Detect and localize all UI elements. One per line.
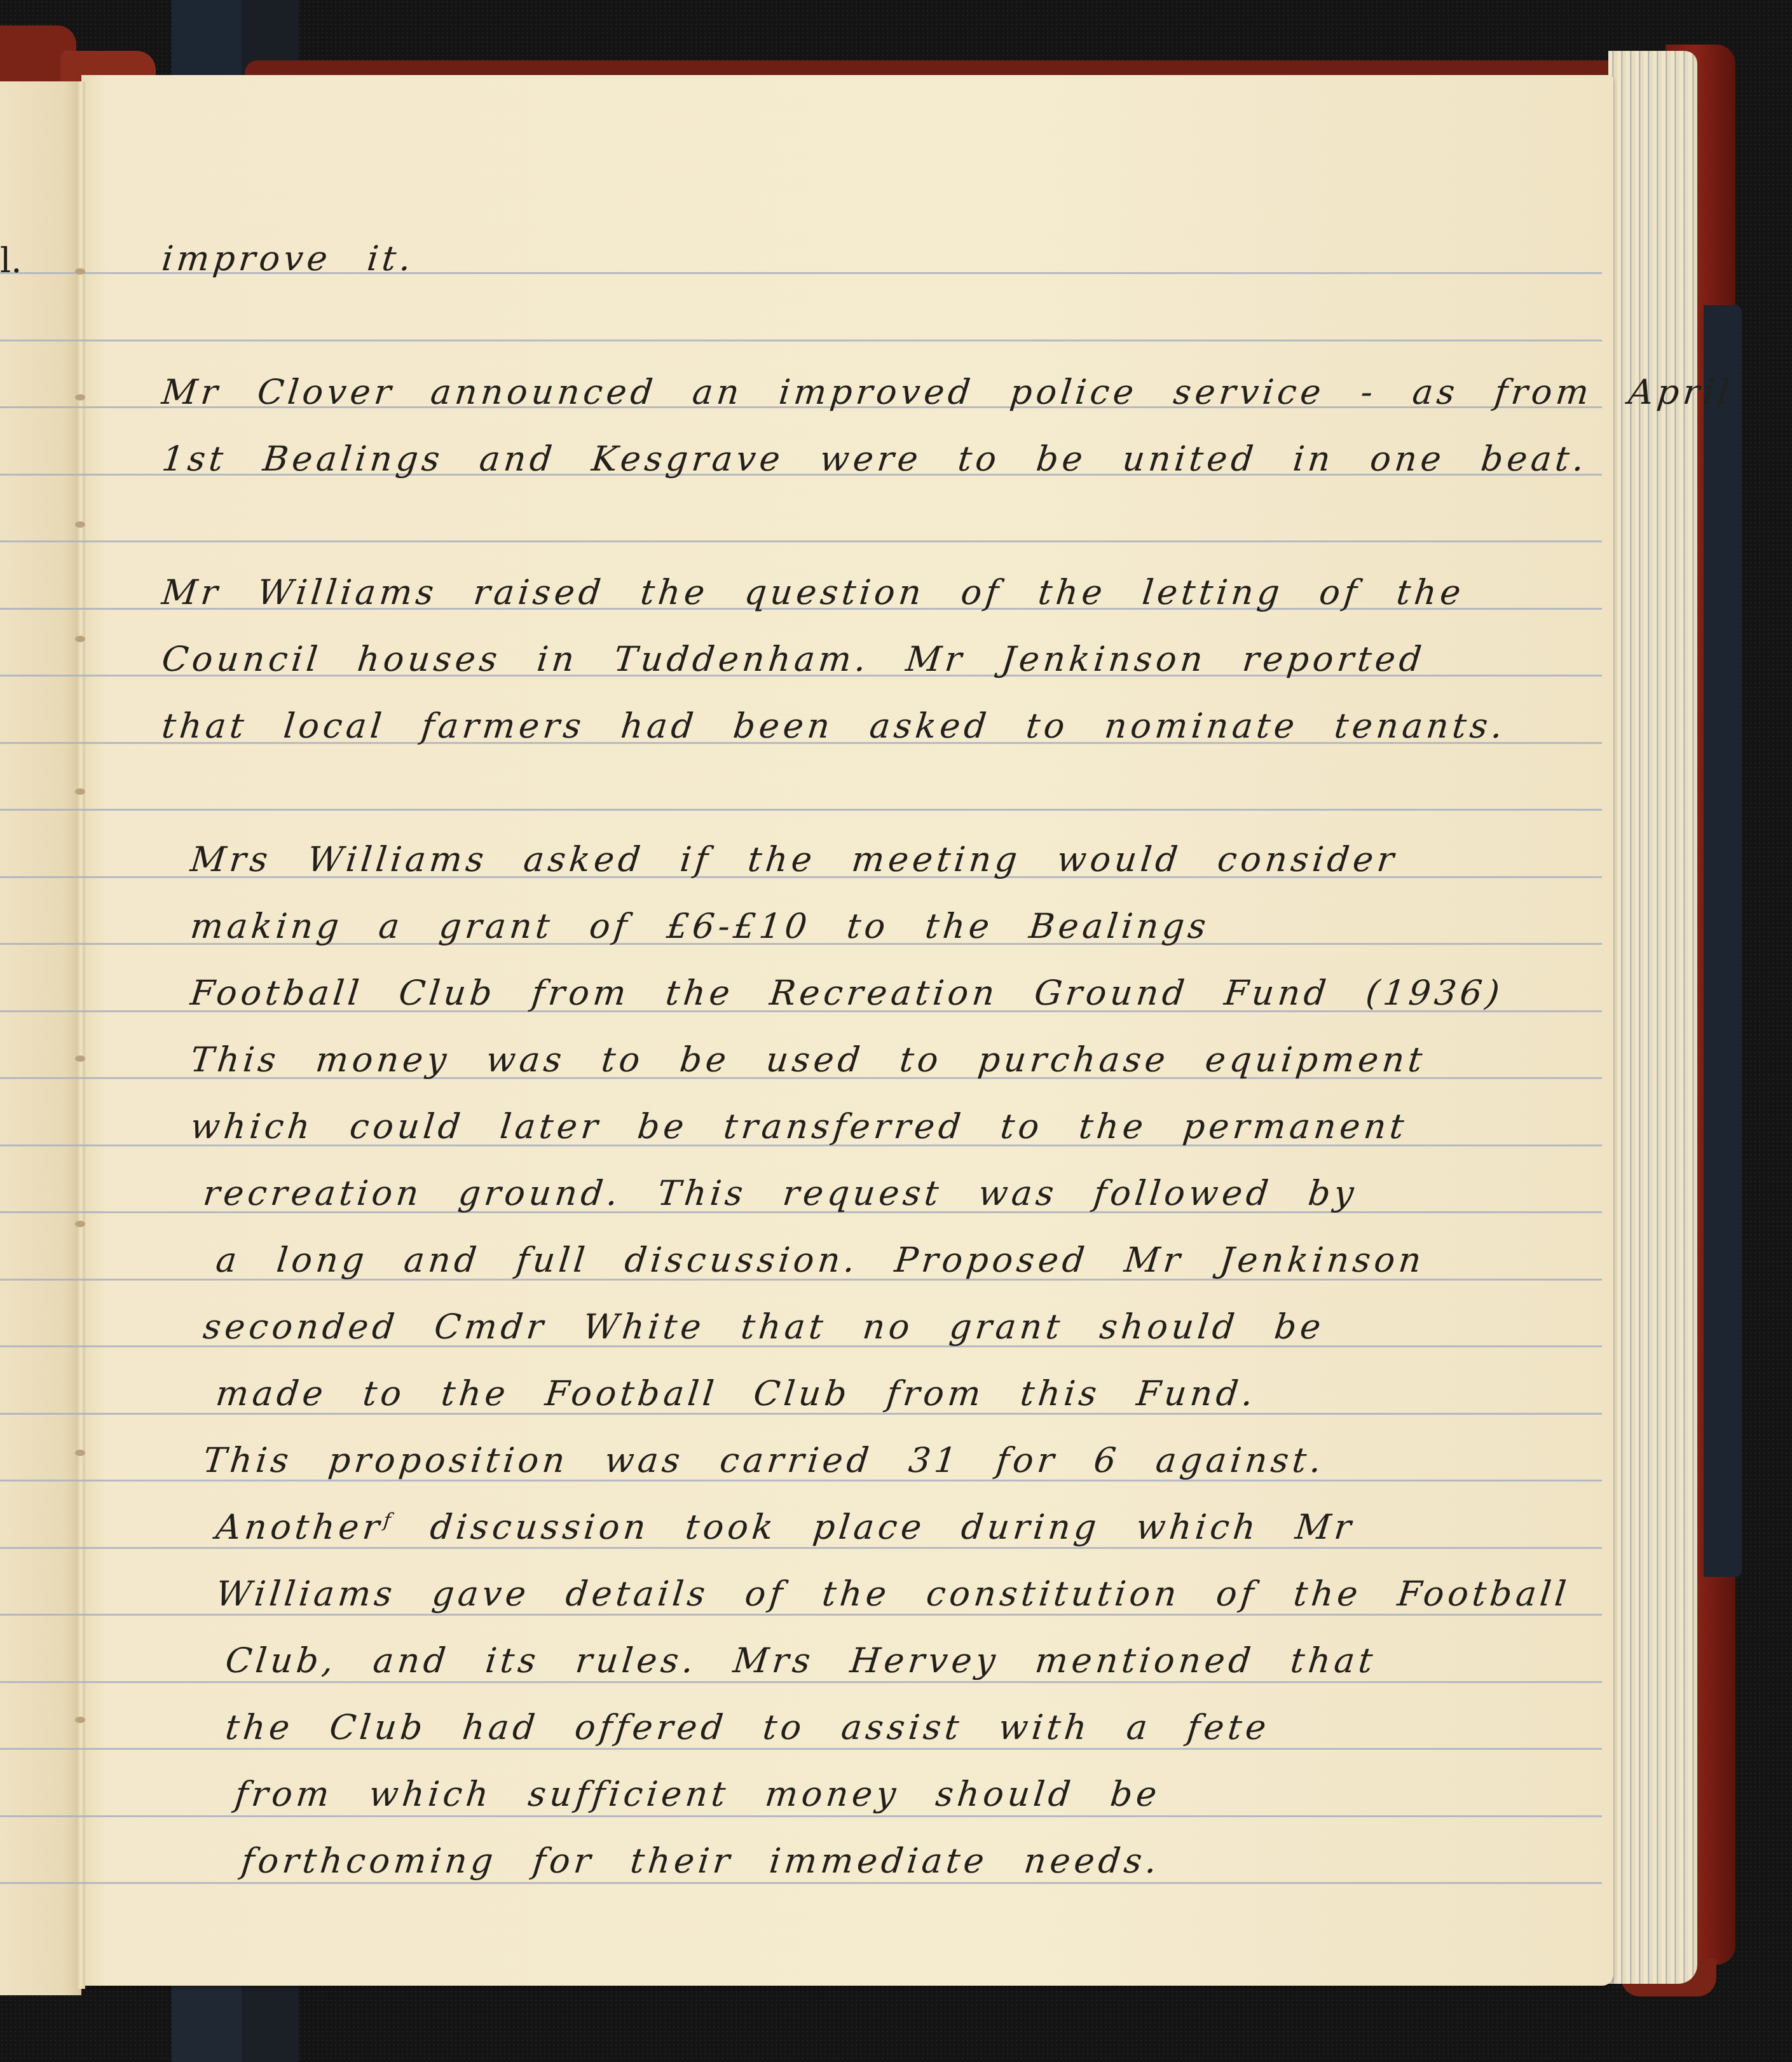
handwritten-line: Anotherf discussion took place during wh… <box>214 1507 1357 1547</box>
handwritten-line: made to the Football Club from this Fund… <box>214 1373 1259 1413</box>
handwritten-line: recreation ground. This request was foll… <box>202 1173 1360 1213</box>
handwritten-line: Williams gave details of the constitutio… <box>214 1574 1572 1614</box>
handwritten-line: which could later be transferred to the … <box>189 1106 1410 1146</box>
handwritten-line: the Club had offered to assist with a fe… <box>224 1707 1272 1747</box>
handwritten-line: from which sufficient money should be <box>233 1774 1163 1814</box>
handwritten-line: Football Club from the Recreation Ground… <box>189 973 1505 1013</box>
handwritten-line: that local farmers had been asked to nom… <box>160 706 1508 746</box>
handwritten-line: Club, and its rules. Mrs Hervey mentione… <box>224 1640 1379 1681</box>
handwritten-line: making a grant of £6-£10 to the Bealings <box>189 906 1212 946</box>
handwritten-line: seconded Cmdr White that no grant should… <box>202 1307 1327 1347</box>
handwritten-line: a long and full discussion. Proposed Mr … <box>214 1240 1427 1280</box>
handwritten-line: Council houses in Tuddenham. Mr Jenkinso… <box>160 639 1427 679</box>
handwritten-minutes: improve it.Mr Clover announced an improv… <box>0 0 1792 2062</box>
handwritten-line: improve it. <box>160 238 417 278</box>
handwritten-line: This money was to be used to purchase eq… <box>189 1040 1428 1080</box>
handwritten-line: forthcoming for their immediate needs. <box>240 1841 1163 1881</box>
handwritten-line: Mr Williams raised the question of the l… <box>160 572 1467 612</box>
handwritten-line: This proposition was carried 31 for 6 ag… <box>202 1440 1327 1480</box>
handwritten-line: Mr Clover announced an improved police s… <box>160 372 1735 412</box>
handwritten-line: 1st Bealings and Kesgrave were to be uni… <box>160 439 1590 479</box>
handwritten-line: Mrs Williams asked if the meeting would … <box>189 839 1400 879</box>
